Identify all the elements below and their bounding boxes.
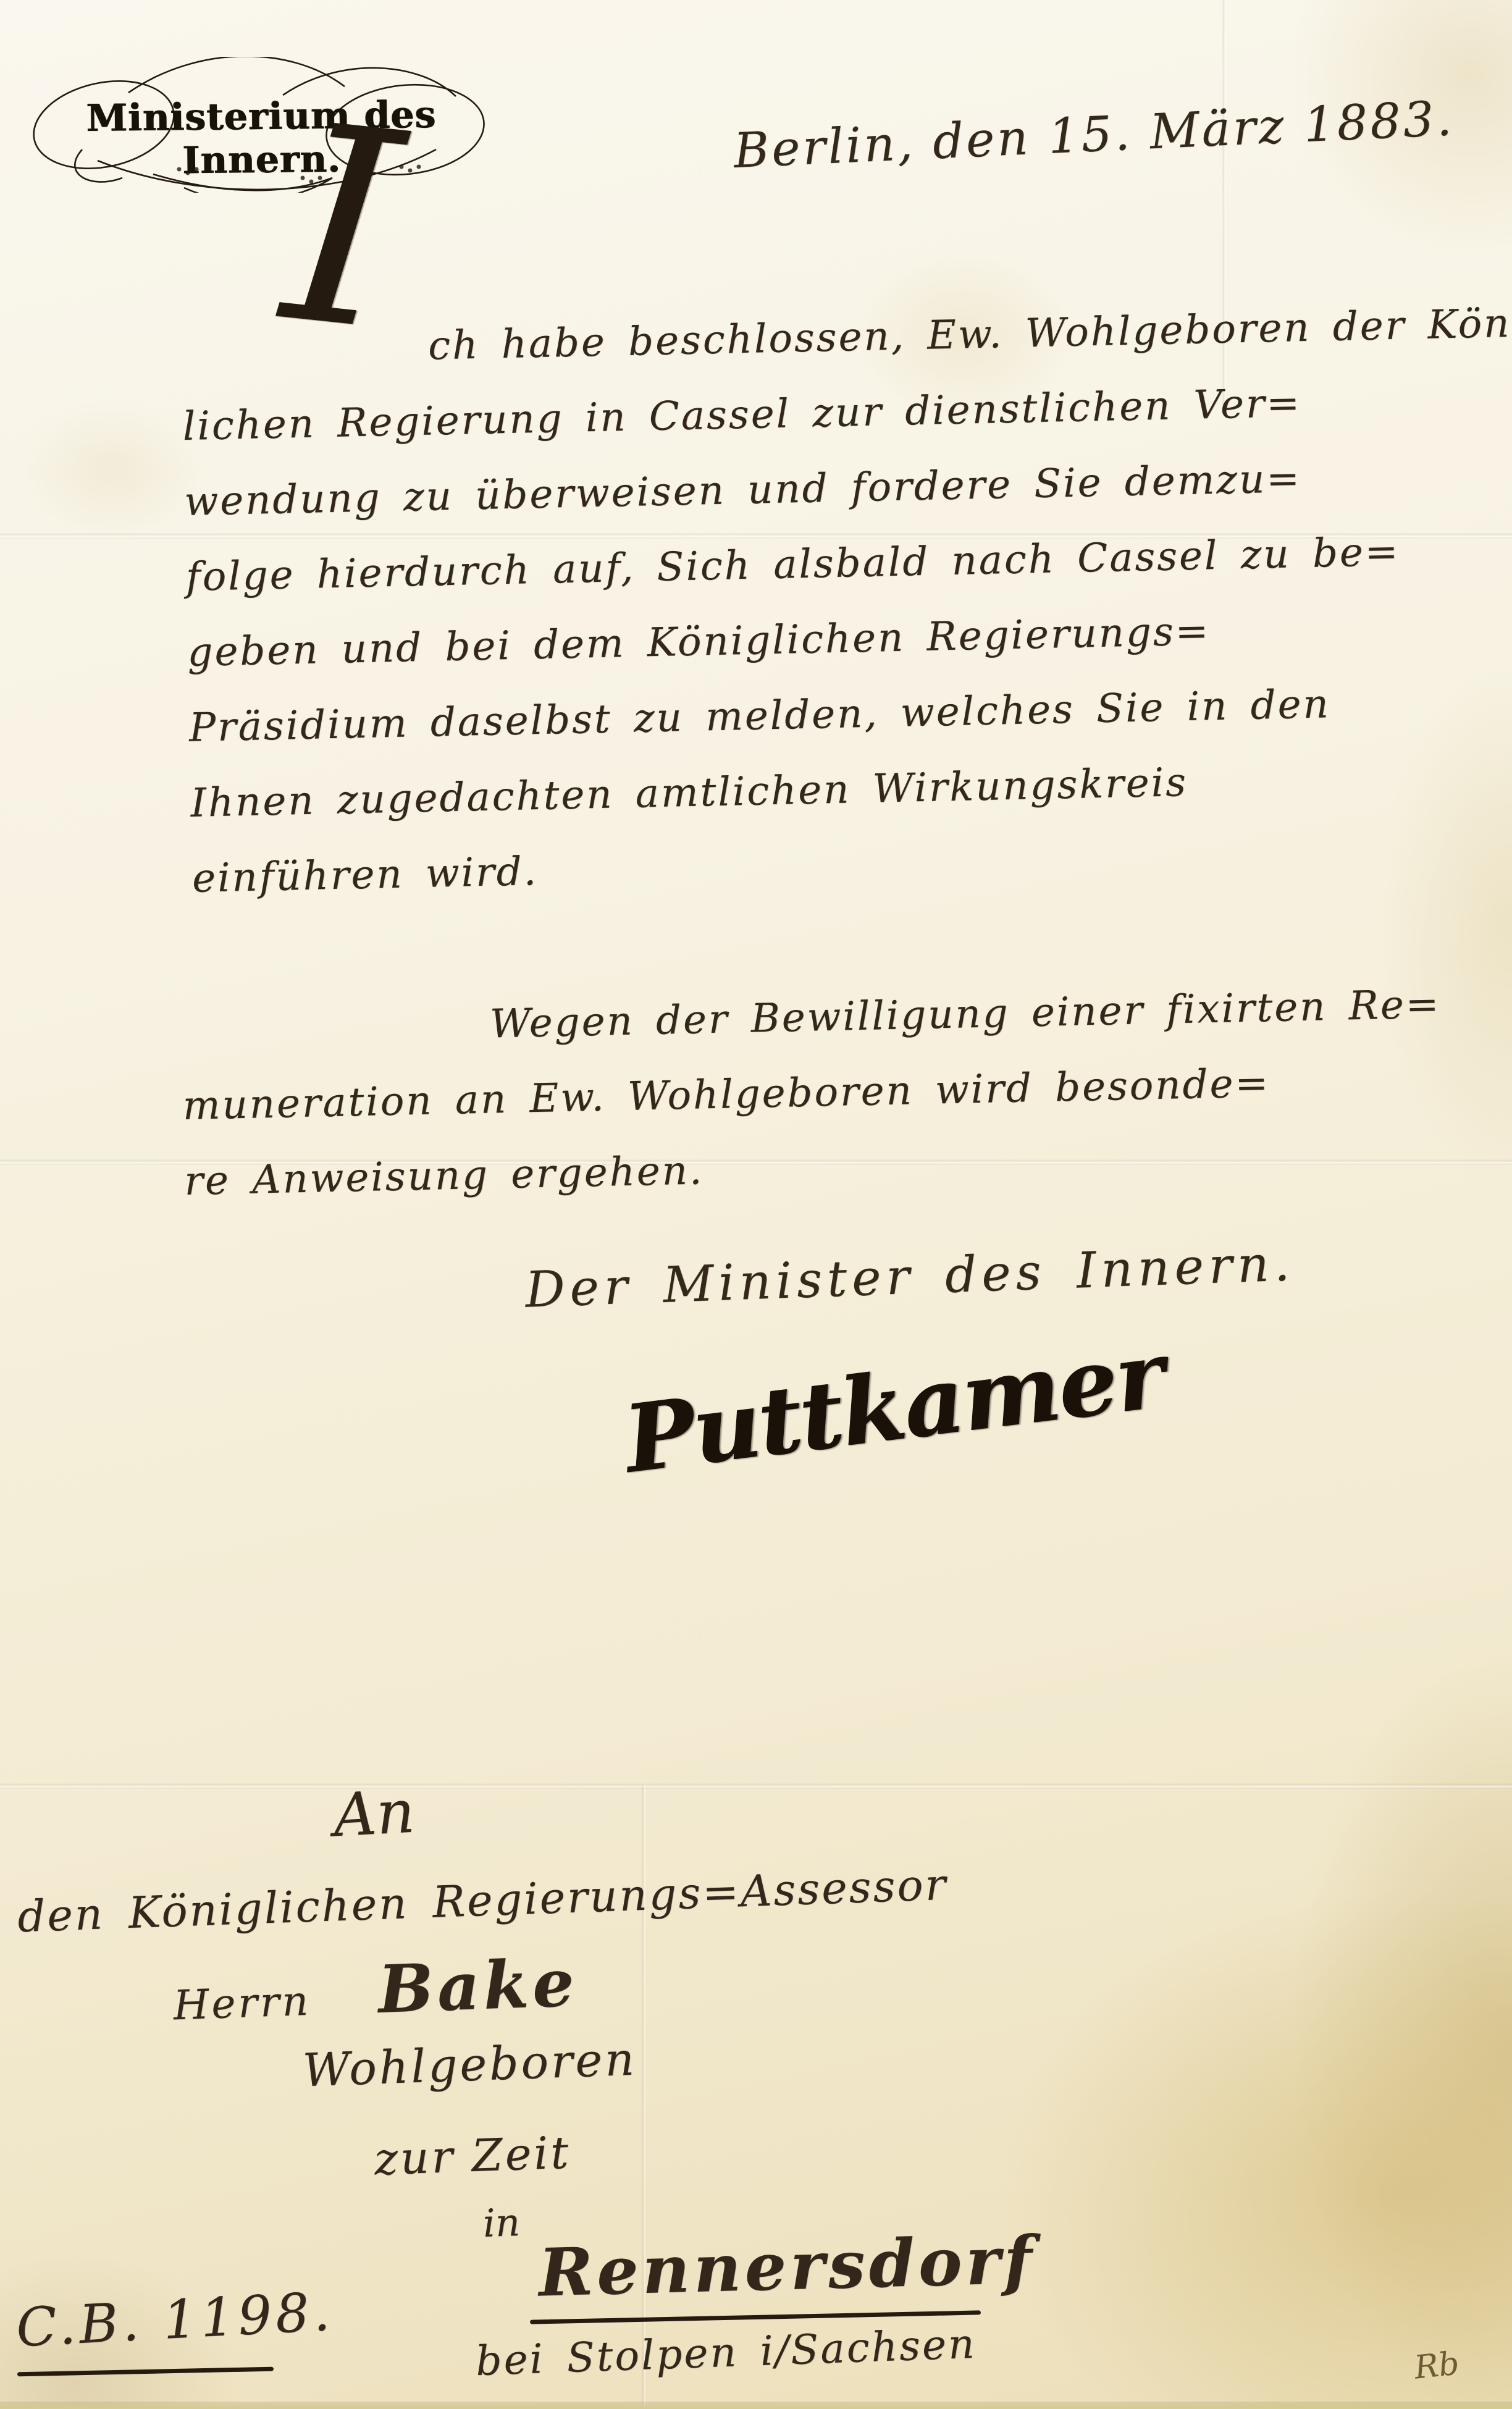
address-honorific: Wohlgeboren	[302, 2033, 638, 2098]
file-reference-underline	[17, 2367, 274, 2377]
body-paragraph-2: Wegen der Bewilligung einer fixirten Re=…	[180, 967, 1445, 1219]
scanned-letter-page: Ministerium des Innern. Berlin, den 15. …	[0, 0, 1512, 2409]
address-place: Rennersdorf	[538, 2221, 1037, 2311]
dateline: Berlin, den 15. März 1883.	[733, 90, 1476, 179]
file-reference: C.B. 1198.	[15, 2281, 335, 2360]
fold-line-bottom	[0, 1783, 1512, 1789]
address-herrn: Herrn	[172, 1977, 311, 2030]
clerk-initials: Rb	[1413, 2345, 1461, 2386]
closing-line: Der Minister des Innern.	[524, 1234, 1296, 1318]
letterhead-stamp: Ministerium des Innern.	[23, 57, 493, 193]
minister-signature: Puttkamer	[619, 1320, 1170, 1494]
address-recipient-title: den Königlichen Regierungs=Assessor	[17, 1859, 948, 1943]
address-recipient-name: Bake	[377, 1944, 579, 2028]
scan-edge	[0, 2402, 1512, 2409]
address-an: An	[332, 1777, 416, 1851]
address-zur-zeit: zur Zeit	[374, 2126, 572, 2185]
address-name-row: Herrn Bake	[172, 1944, 579, 2035]
address-in: in	[482, 2200, 521, 2246]
body-paragraph-1: ch habe beschlossen, Ew. Wohlgeboren der…	[180, 287, 1453, 917]
address-place-detail: bei Stolpen i/Sachsen	[475, 2320, 977, 2385]
